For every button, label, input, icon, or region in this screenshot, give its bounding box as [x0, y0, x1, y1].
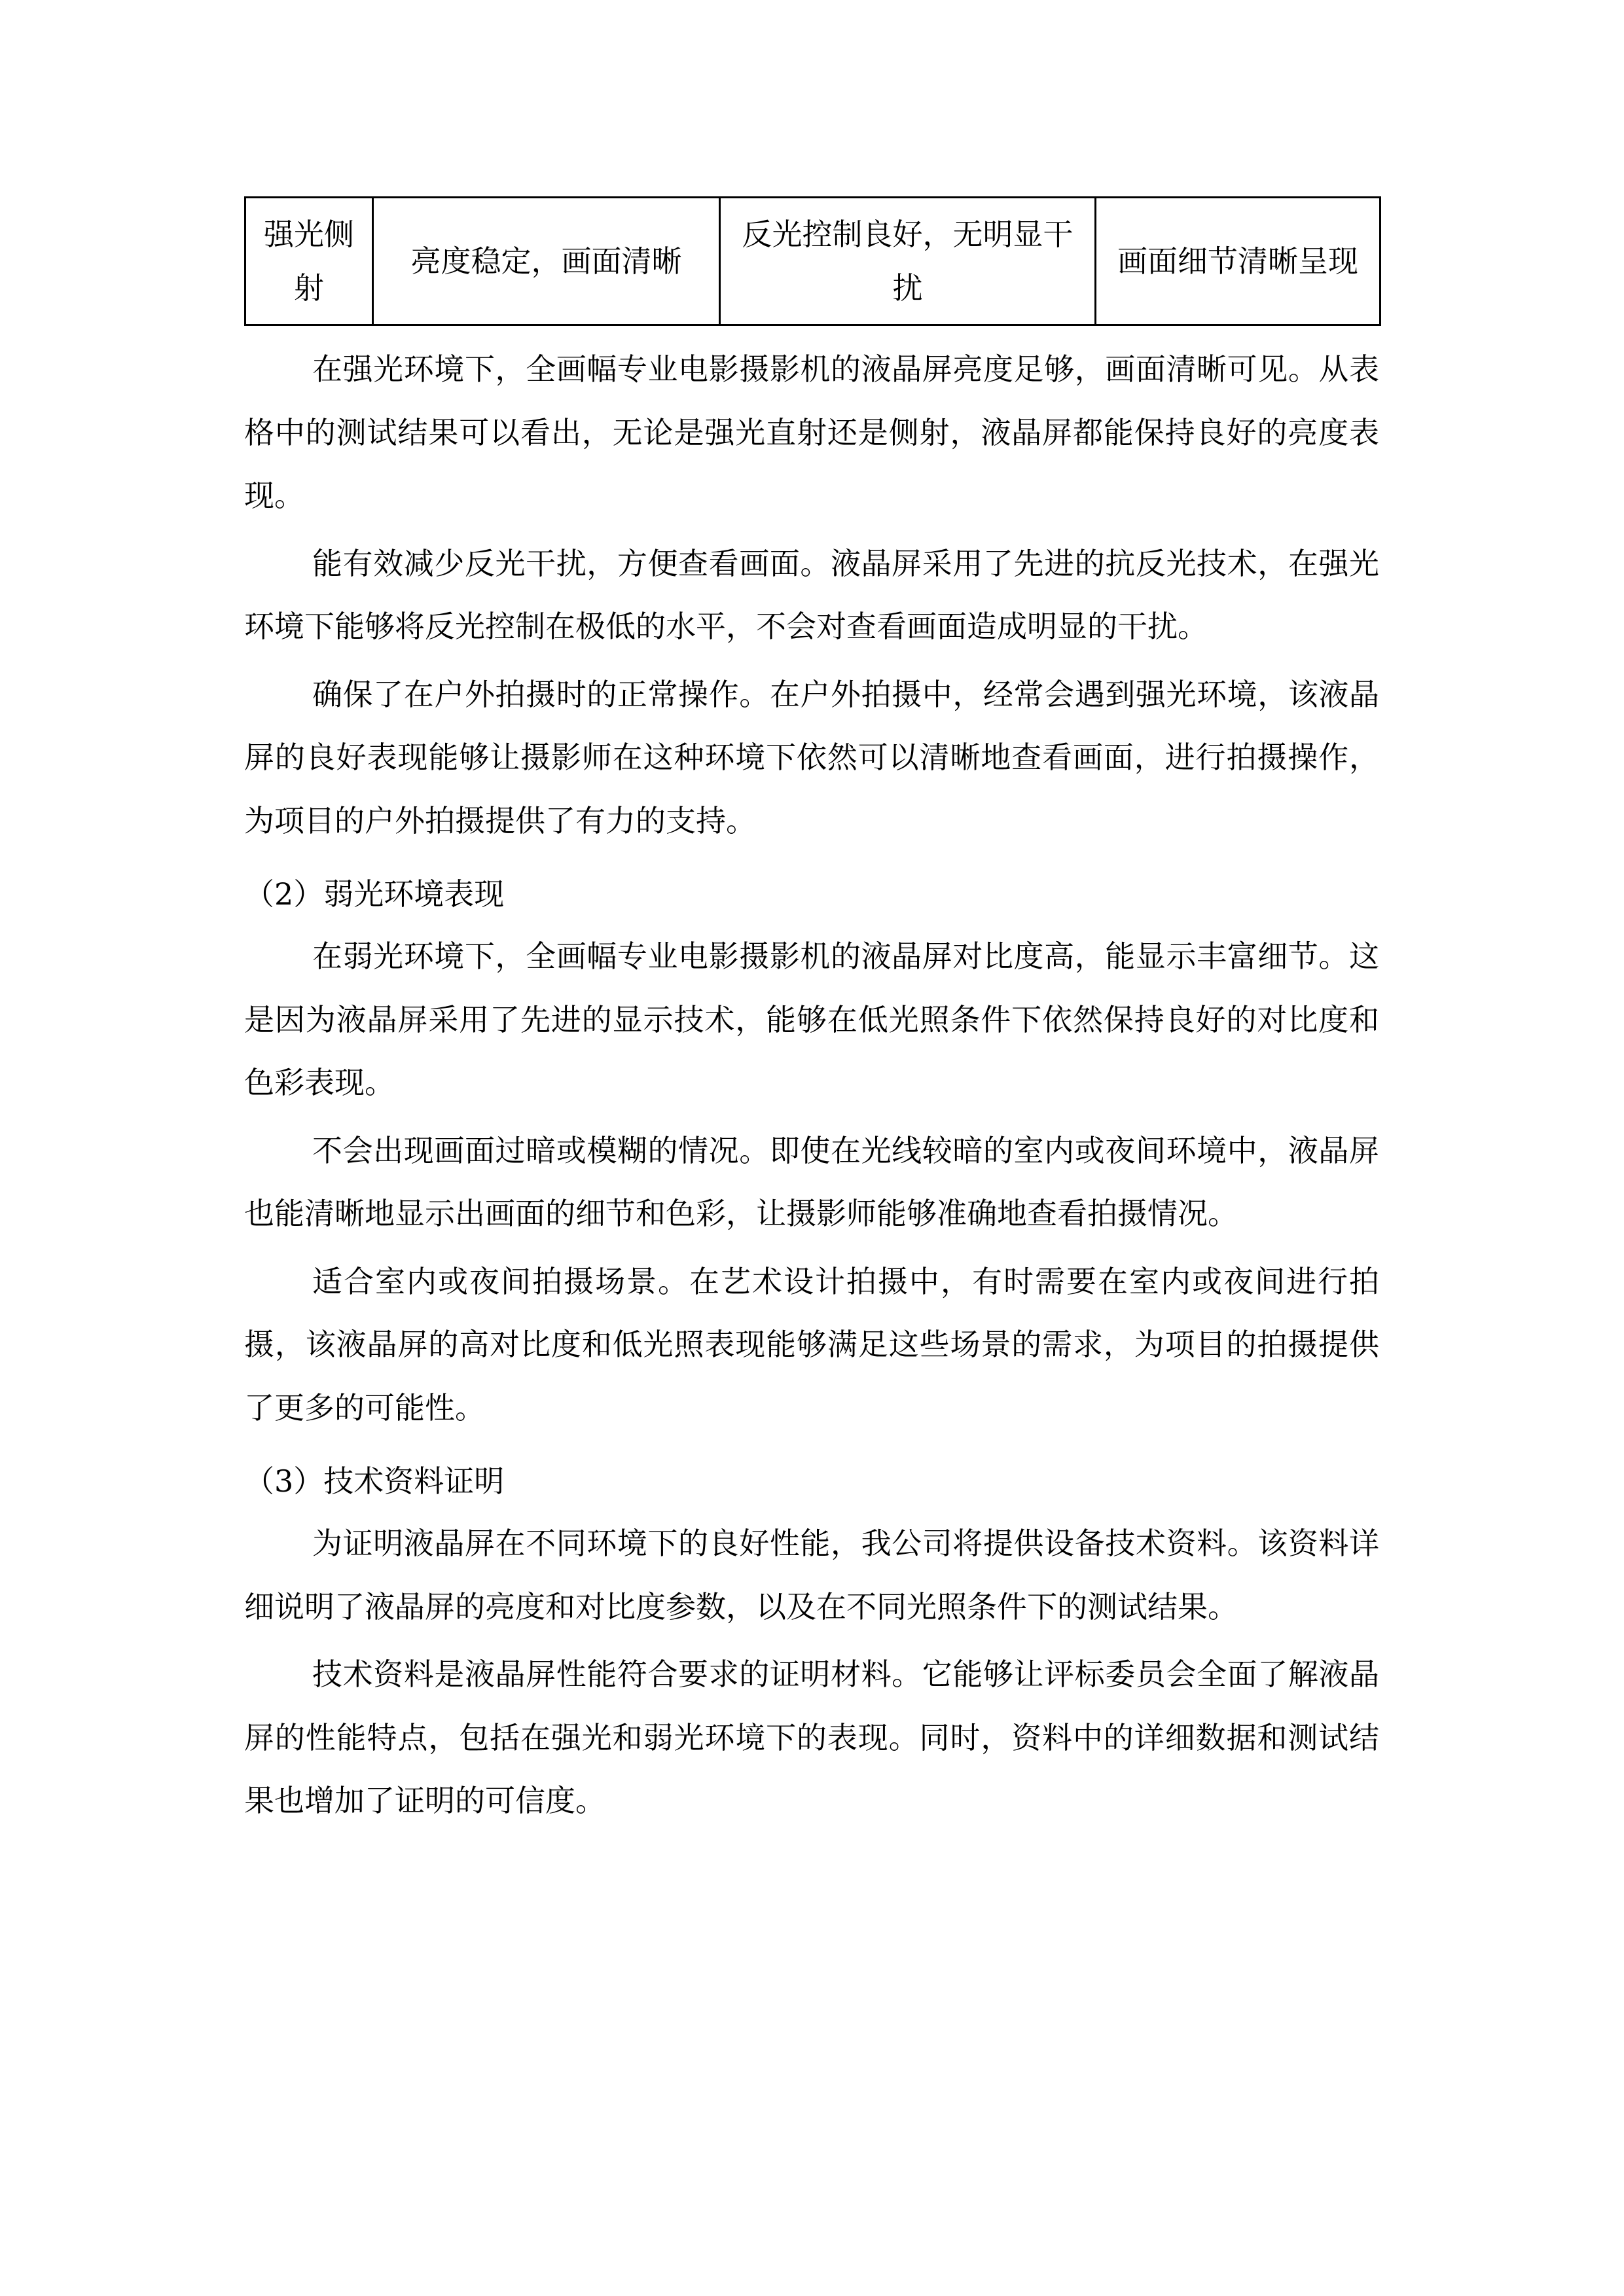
paragraph: 在强光环境下，全画幅专业电影摄影机的液晶屏亮度足够，画面清晰可见。从表格中的测试…: [244, 338, 1379, 528]
paragraph: 在弱光环境下，全画幅专业电影摄影机的液晶屏对比度高，能显示丰富细节。这是因为液晶…: [244, 925, 1379, 1115]
table-cell-brightness: 亮度稳定，画面清晰: [373, 198, 720, 325]
test-result-table: 强光侧射 亮度稳定，画面清晰 反光控制良好，无明显干扰 画面细节清晰呈现: [244, 196, 1381, 326]
paragraph: 技术资料是液晶屏性能符合要求的证明材料。它能够让评标委员会全面了解液晶屏的性能特…: [244, 1643, 1379, 1833]
paragraph: 不会出现画面过暗或模糊的情况。即使在光线较暗的室内或夜间环境中，液晶屏也能清晰地…: [244, 1119, 1379, 1246]
paragraph: 为证明液晶屏在不同环境下的良好性能，我公司将提供设备技术资料。该资料详细说明了液…: [244, 1512, 1379, 1638]
section-heading: （3）技术资料证明: [244, 1451, 1379, 1512]
table-cell-detail: 画面细节清晰呈现: [1096, 198, 1380, 325]
table-row: 强光侧射 亮度稳定，画面清晰 反光控制良好，无明显干扰 画面细节清晰呈现: [245, 198, 1380, 325]
body-text: 在强光环境下，全画幅专业电影摄影机的液晶屏亮度足够，画面清晰可见。从表格中的测试…: [244, 338, 1379, 1833]
paragraph: 适合室内或夜间拍摄场景。在艺术设计拍摄中，有时需要在室内或夜间进行拍摄，该液晶屏…: [244, 1250, 1379, 1440]
paragraph: 能有效减少反光干扰，方便查看画面。液晶屏采用了先进的抗反光技术，在强光环境下能够…: [244, 532, 1379, 658]
table-cell-reflection: 反光控制良好，无明显干扰: [720, 198, 1096, 325]
section-heading: （2）弱光环境表现: [244, 864, 1379, 925]
document-page: 强光侧射 亮度稳定，画面清晰 反光控制良好，无明显干扰 画面细节清晰呈现 在强光…: [244, 196, 1379, 1837]
table-cell-condition: 强光侧射: [245, 198, 373, 325]
paragraph: 确保了在户外拍摄时的正常操作。在户外拍摄中，经常会遇到强光环境，该液晶屏的良好表…: [244, 663, 1379, 853]
